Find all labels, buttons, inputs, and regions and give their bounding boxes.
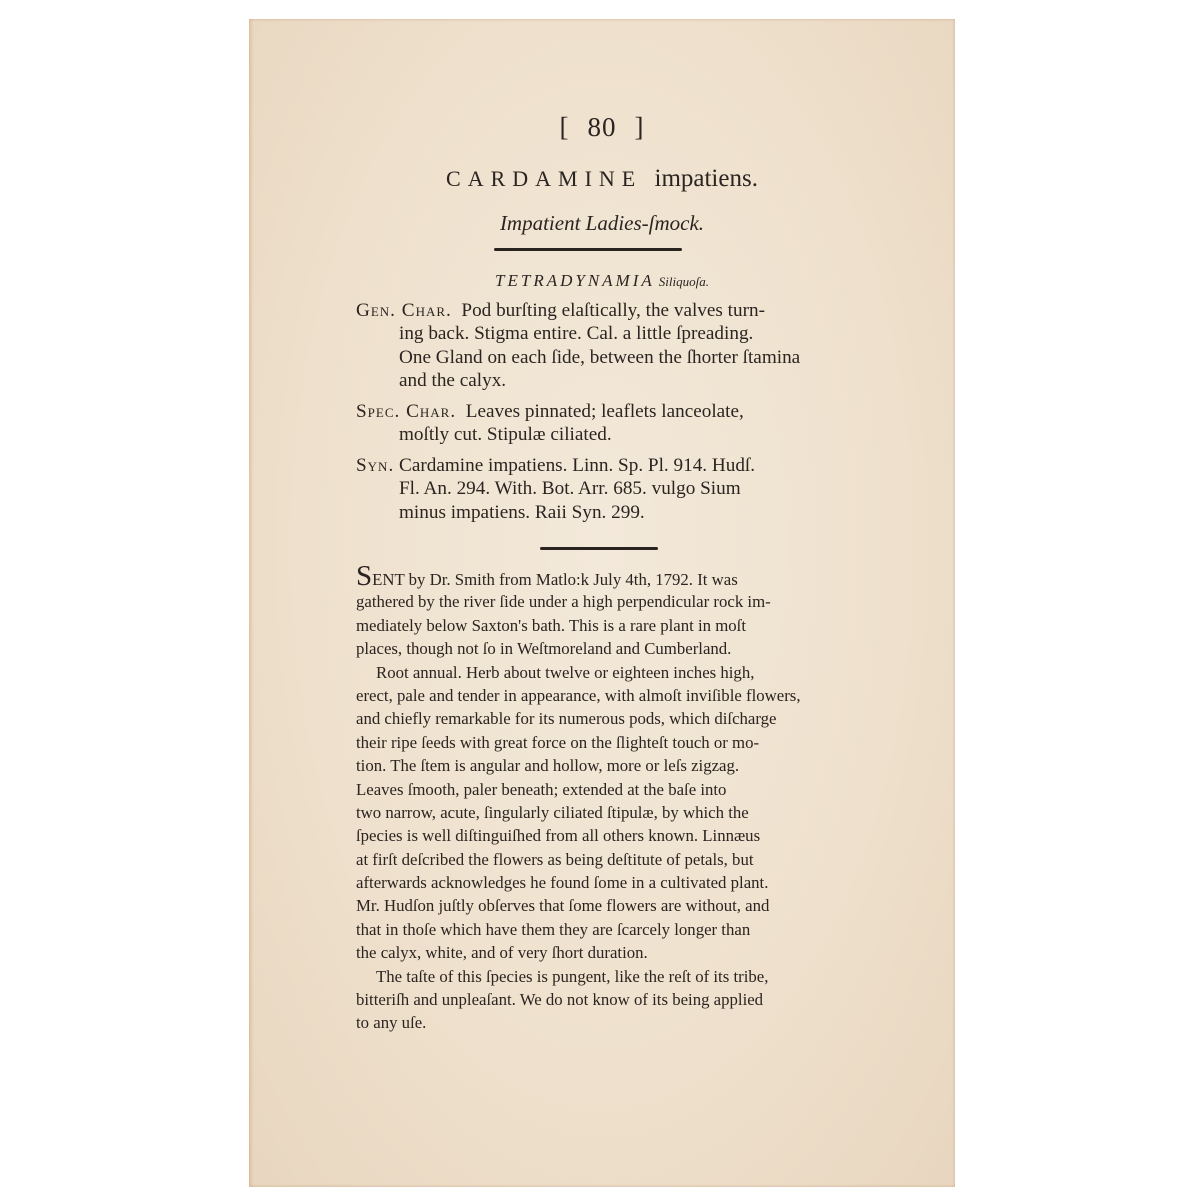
class-name: TETRADYNAMIA <box>495 271 655 290</box>
gen-char-line: and the calyx. <box>356 369 822 392</box>
bracket-open: [ <box>560 112 570 142</box>
paragraph-line: Root annual. Herb about twelve or eighte… <box>356 661 822 684</box>
paragraph-line: erect, pale and tender in appearance, wi… <box>356 684 822 707</box>
divider-rule-top <box>494 248 682 251</box>
gen-char-line: ing back. Stigma entire. Cal. a little ſ… <box>356 322 822 345</box>
paragraph-line: gathered by the river ſide under a high … <box>356 590 822 613</box>
paragraph-line: the calyx, white, and of very ſhort dura… <box>356 941 822 964</box>
gen-char-line: One Gland on each ſide, between the ſhor… <box>356 346 822 369</box>
paragraph-line: tion. The ſtem is angular and hollow, mo… <box>356 754 822 777</box>
paragraph-line: that in thoſe which have them they are ſ… <box>356 918 822 941</box>
specific-character: Spec. Char. Leaves pinnated; leaflets la… <box>356 400 822 447</box>
drop-cap: S <box>356 560 372 592</box>
bracket-close: ] <box>635 112 645 142</box>
paragraph-line: ENT by Dr. Smith from Matlo:k July 4th, … <box>372 570 738 589</box>
divider-rule-bottom <box>540 547 658 550</box>
spec-char-line: moſtly cut. Stipulæ ciliated. <box>356 423 822 446</box>
class-order: Siliquoſa. <box>659 274 709 289</box>
syn-line: Fl. An. 294. With. Bot. Arr. 685. vulgo … <box>356 477 822 500</box>
page-number: [80] <box>249 112 955 143</box>
syn-line: Cardamine impatiens. Linn. Sp. Pl. 914. … <box>399 455 755 476</box>
species-title: CARDAMINE impatiens. <box>249 165 955 193</box>
paragraph-line: their ripe ſeeds with great force on the… <box>356 731 822 754</box>
paragraph-line: mediately below Saxton's bath. This is a… <box>356 614 822 637</box>
linnaean-class: TETRADYNAMIASiliquoſa. <box>249 271 955 291</box>
spec-char-label: Spec. Char. <box>356 401 456 422</box>
syn-line: minus impatiens. Raii Syn. 299. <box>356 501 822 524</box>
gen-char-line: Pod burſting elaſtically, the valves tur… <box>461 300 765 321</box>
gen-char-label: Gen. Char. <box>356 300 452 321</box>
paragraph-line: ſpecies is well diſtinguiſhed from all o… <box>356 824 822 847</box>
paragraph-line: Mr. Hudſon juſtly obſerves that ſome flo… <box>356 894 822 917</box>
synonymy: Syn. Cardamine impatiens. Linn. Sp. Pl. … <box>356 454 822 524</box>
paragraph-line: at firſt deſcribed the flowers as being … <box>356 848 822 871</box>
paragraph-line: two narrow, acute, ſingularly ciliated ſ… <box>356 801 822 824</box>
description-body: SENT by Dr. Smith from Matlo:k July 4th,… <box>356 567 822 1035</box>
syn-label: Syn. <box>356 455 394 476</box>
paragraph-line: The taſte of this ſpecies is pungent, li… <box>356 965 822 988</box>
book-page: [80] CARDAMINE impatiens. Impatient Ladi… <box>249 19 955 1187</box>
species-epithet: impatiens. <box>655 165 758 192</box>
paragraph-line: and chiefly remarkable for its numerous … <box>356 707 822 730</box>
genus-name: CARDAMINE <box>446 166 642 191</box>
common-name: Impatient Ladies-ſmock. <box>249 211 955 236</box>
paragraph-line: places, though not ſo in Weſtmoreland an… <box>356 637 822 660</box>
paragraph-line: to any uſe. <box>356 1011 822 1034</box>
paragraph-line: bitteriſh and unpleaſant. We do not know… <box>356 988 822 1011</box>
page-number-value: 80 <box>588 112 617 142</box>
spec-char-line: Leaves pinnated; leaflets lanceolate, <box>466 401 744 422</box>
paragraph-line: Leaves ſmooth, paler beneath; extended a… <box>356 778 822 801</box>
generic-character: Gen. Char. Pod burſting elaſtically, the… <box>356 299 822 393</box>
paragraph-line: afterwards acknowledges he found ſome in… <box>356 871 822 894</box>
